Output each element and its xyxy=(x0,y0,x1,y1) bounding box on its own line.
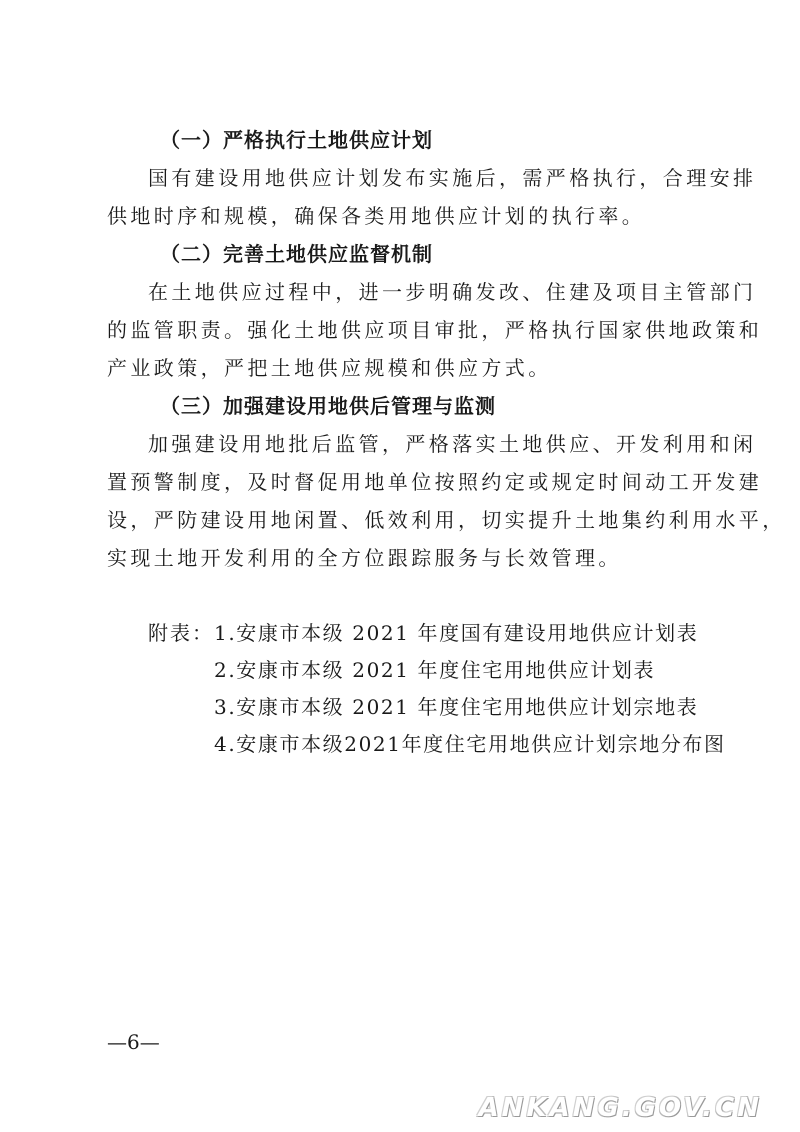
section-2-heading: （二）完善土地供应监督机制 xyxy=(160,238,433,267)
section-3-heading: （三）加强建设用地供后管理与监测 xyxy=(160,390,496,419)
attachment-item-4: 4.安康市本级2021年度住宅用地供应计划宗地分布图 xyxy=(214,728,726,757)
section-3-line-1: 加强建设用地批后监管，严格落实土地供应、开发利用和闲 xyxy=(148,428,756,457)
attachments-label: 附表： xyxy=(148,617,214,646)
section-2-line-1: 在土地供应过程中，进一步明确发改、住建及项目主管部门 xyxy=(148,276,756,305)
section-1-line-2: 供地时序和规模，确保各类用地供应计划的执行率。 xyxy=(107,200,645,229)
section-3-line-2: 置预警制度，及时督促用地单位按照约定或规定时间动工开发建 xyxy=(107,466,762,495)
section-1-line-1: 国有建设用地供应计划发布实施后，需严格执行，合理安排 xyxy=(148,162,756,191)
page-number: —6— xyxy=(107,1030,160,1054)
document-page: （一）严格执行土地供应计划 国有建设用地供应计划发布实施后，需严格执行，合理安排… xyxy=(0,0,800,1132)
attachment-item-1: 1.安康市本级 2021 年度国有建设用地供应计划表 xyxy=(214,617,698,646)
site-watermark: ANKANG.GOV.CN xyxy=(479,1093,762,1123)
section-2-line-3: 产业政策，严把土地供应规模和供应方式。 xyxy=(107,352,552,381)
section-1-heading: （一）严格执行土地供应计划 xyxy=(160,124,433,153)
section-2-line-2: 的监管职责。强化土地供应项目审批，严格执行国家供地政策和 xyxy=(107,314,762,343)
section-3-line-3: 设，严防建设用地闲置、低效利用，切实提升土地集约利用水平， xyxy=(107,504,786,533)
attachment-item-3: 3.安康市本级 2021 年度住宅用地供应计划宗地表 xyxy=(214,691,698,720)
section-3-line-4: 实现土地开发利用的全方位跟踪服务与长效管理。 xyxy=(107,542,622,571)
attachment-item-2: 2.安康市本级 2021 年度住宅用地供应计划表 xyxy=(214,654,655,683)
